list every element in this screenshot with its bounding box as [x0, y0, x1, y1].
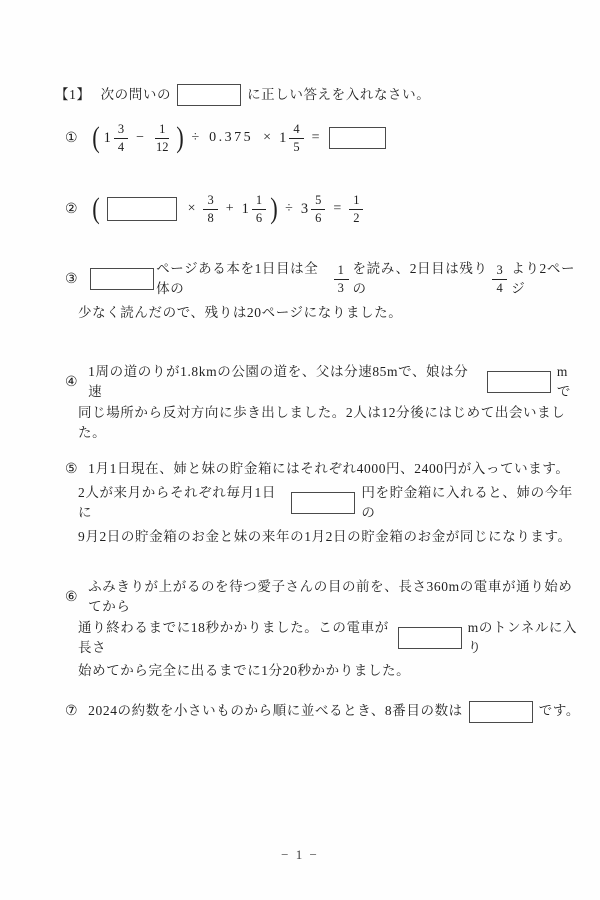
problem-3-text-3: より2ページ [511, 259, 582, 300]
denominator: 12 [152, 139, 173, 154]
fraction: 13 [334, 263, 349, 295]
problem-5: ⑤ 1月1日現在、姉と妹の貯金箱にはそれぞれ4000円、2400円が入っています… [65, 456, 582, 551]
fraction: 56 [311, 193, 325, 225]
denominator: 4 [492, 280, 507, 295]
problem-4-number: ④ [65, 372, 78, 393]
numerator: 3 [114, 122, 128, 138]
numerator: 4 [289, 122, 303, 138]
answer-box-1 [329, 127, 386, 149]
numerator: 1 [155, 122, 169, 138]
whole-part: 1 [104, 130, 111, 147]
problem-2: ② ( × 38 + 1 16 ) ÷ 3 56 = 12 [65, 191, 582, 227]
problem-4-line-2: 同じ場所から反対方向に歩き出しました。2人は12分後にはじめて出会いました。 [78, 403, 582, 444]
answer-box-3 [90, 268, 154, 290]
denominator: 5 [289, 139, 303, 154]
denominator: 6 [311, 210, 325, 225]
problem-6-number: ⑥ [65, 587, 78, 608]
answer-box-5 [291, 492, 355, 514]
numerator: 3 [492, 263, 507, 279]
problem-6-line-3: 始めてから完全に出るまでに1分20秒かかりました。 [78, 658, 582, 685]
problem-6: ⑥ ふみきりが上がるのを待つ愛子さんの目の前を、長さ360mの電車が通り始めてか… [65, 577, 582, 685]
answer-box-4 [487, 371, 551, 393]
times-sign: × [188, 201, 196, 217]
fraction: 34 [114, 122, 128, 154]
paren-close: ) [177, 123, 185, 153]
section-number: 【1】 [55, 85, 91, 105]
section-header: 【1】 次の問いの に正しい答えを入れなさい。 [55, 84, 430, 106]
problem-5-number: ⑤ [65, 459, 78, 480]
header-answer-box [177, 84, 241, 106]
numerator: 1 [252, 193, 266, 209]
fraction: 16 [252, 193, 266, 225]
denominator: 4 [114, 139, 128, 154]
divide-sign: ÷ [285, 201, 293, 217]
problem-3-text-2: を読み、2日目は残りの [353, 259, 489, 300]
paren-close: ) [270, 194, 278, 224]
fraction: 112 [152, 122, 173, 154]
mixed-number: 1 45 [279, 122, 304, 154]
problem-5-text-2: 円を貯金箱に入れると、姉の今年の [361, 483, 582, 524]
instruction-post: に正しい答えを入れなさい。 [247, 85, 430, 105]
fraction: 34 [492, 263, 507, 295]
problem-7-number: ⑦ [65, 701, 78, 722]
denominator: 3 [334, 280, 349, 295]
problem-3-line-2: 少なく読んだので、残りは20ページになりました。 [78, 300, 582, 327]
answer-box-6 [398, 627, 462, 649]
paren-open: ( [92, 194, 100, 224]
numerator: 5 [311, 193, 325, 209]
page-number: − 1 − [0, 847, 600, 863]
problem-3-number: ③ [65, 269, 78, 290]
times-sign: × [263, 130, 271, 146]
problem-6-line-1: ふみきりが上がるのを待つ愛子さんの目の前を、長さ360mの電車が通り始めてから [88, 577, 582, 618]
problem-3-text-1: ページある本を1日目は全体の [156, 259, 329, 300]
problem-6-text-1: 通り終わるまでに18秒かかりました。この電車が長さ [78, 618, 392, 659]
answer-box-2 [107, 197, 177, 221]
equals-sign: = [333, 201, 341, 217]
problem-5-line-1: 1月1日現在、姉と妹の貯金箱にはそれぞれ4000円、2400円が入っています。 [88, 459, 569, 479]
denominator: 6 [252, 210, 266, 225]
mixed-number: 3 56 [301, 193, 326, 225]
problem-2-number: ② [65, 201, 78, 218]
numerator: 3 [203, 193, 217, 209]
problem-5-line-3: 9月2日の貯金箱のお金と妹の来年の1月2日の貯金箱のお金が同じになります。 [78, 524, 582, 551]
denominator: 8 [203, 210, 217, 225]
whole-part: 3 [301, 201, 308, 218]
problem-1-number: ① [65, 130, 78, 147]
problem-7: ⑦ 2024の約数を小さいものから順に並べるとき、8番目の数は です。 [65, 698, 582, 725]
paren-open: ( [92, 123, 100, 153]
fraction: 12 [349, 193, 363, 225]
denominator: 2 [349, 210, 363, 225]
problem-7-text-2: です。 [539, 701, 580, 721]
exam-page: 【1】 次の問いの に正しい答えを入れなさい。 ① ( 1 34 − 112 )… [0, 0, 600, 900]
problem-3: ③ ページある本を1日目は全体の 13 を読み、2日目は残りの 34 より2ペー… [65, 259, 582, 327]
problem-4-text-2: mで [557, 362, 582, 403]
problem-6-text-2: mのトンネルに入り [468, 618, 582, 659]
divide-sign: ÷ [191, 130, 199, 146]
problem-5-text-1: 2人が来月からそれぞれ毎月1日に [78, 483, 285, 524]
problem-4: ④ 1周の道のりが1.8kmの公園の道を、父は分速85mで、娘は分速 mで 同じ… [65, 362, 582, 443]
numerator: 1 [334, 263, 349, 279]
answer-box-7 [469, 701, 533, 723]
problem-7-text-1: 2024の約数を小さいものから順に並べるとき、8番目の数は [88, 701, 463, 721]
fraction: 45 [289, 122, 303, 154]
instruction-pre: 次の問いの [101, 85, 172, 105]
whole-part: 1 [279, 130, 286, 147]
equals-sign: = [312, 130, 320, 146]
numerator: 1 [349, 193, 363, 209]
mixed-number: 1 34 [104, 122, 129, 154]
fraction: 38 [203, 193, 217, 225]
problem-4-text-1: 1周の道のりが1.8kmの公園の道を、父は分速85mで、娘は分速 [88, 362, 481, 403]
plus-sign: + [226, 201, 234, 217]
decimal-number: 0.375 [209, 130, 253, 146]
mixed-number: 1 16 [242, 193, 267, 225]
minus-sign: − [136, 130, 144, 146]
problem-1: ① ( 1 34 − 112 ) ÷ 0.375 × 1 45 = [65, 120, 582, 156]
whole-part: 1 [242, 201, 249, 218]
